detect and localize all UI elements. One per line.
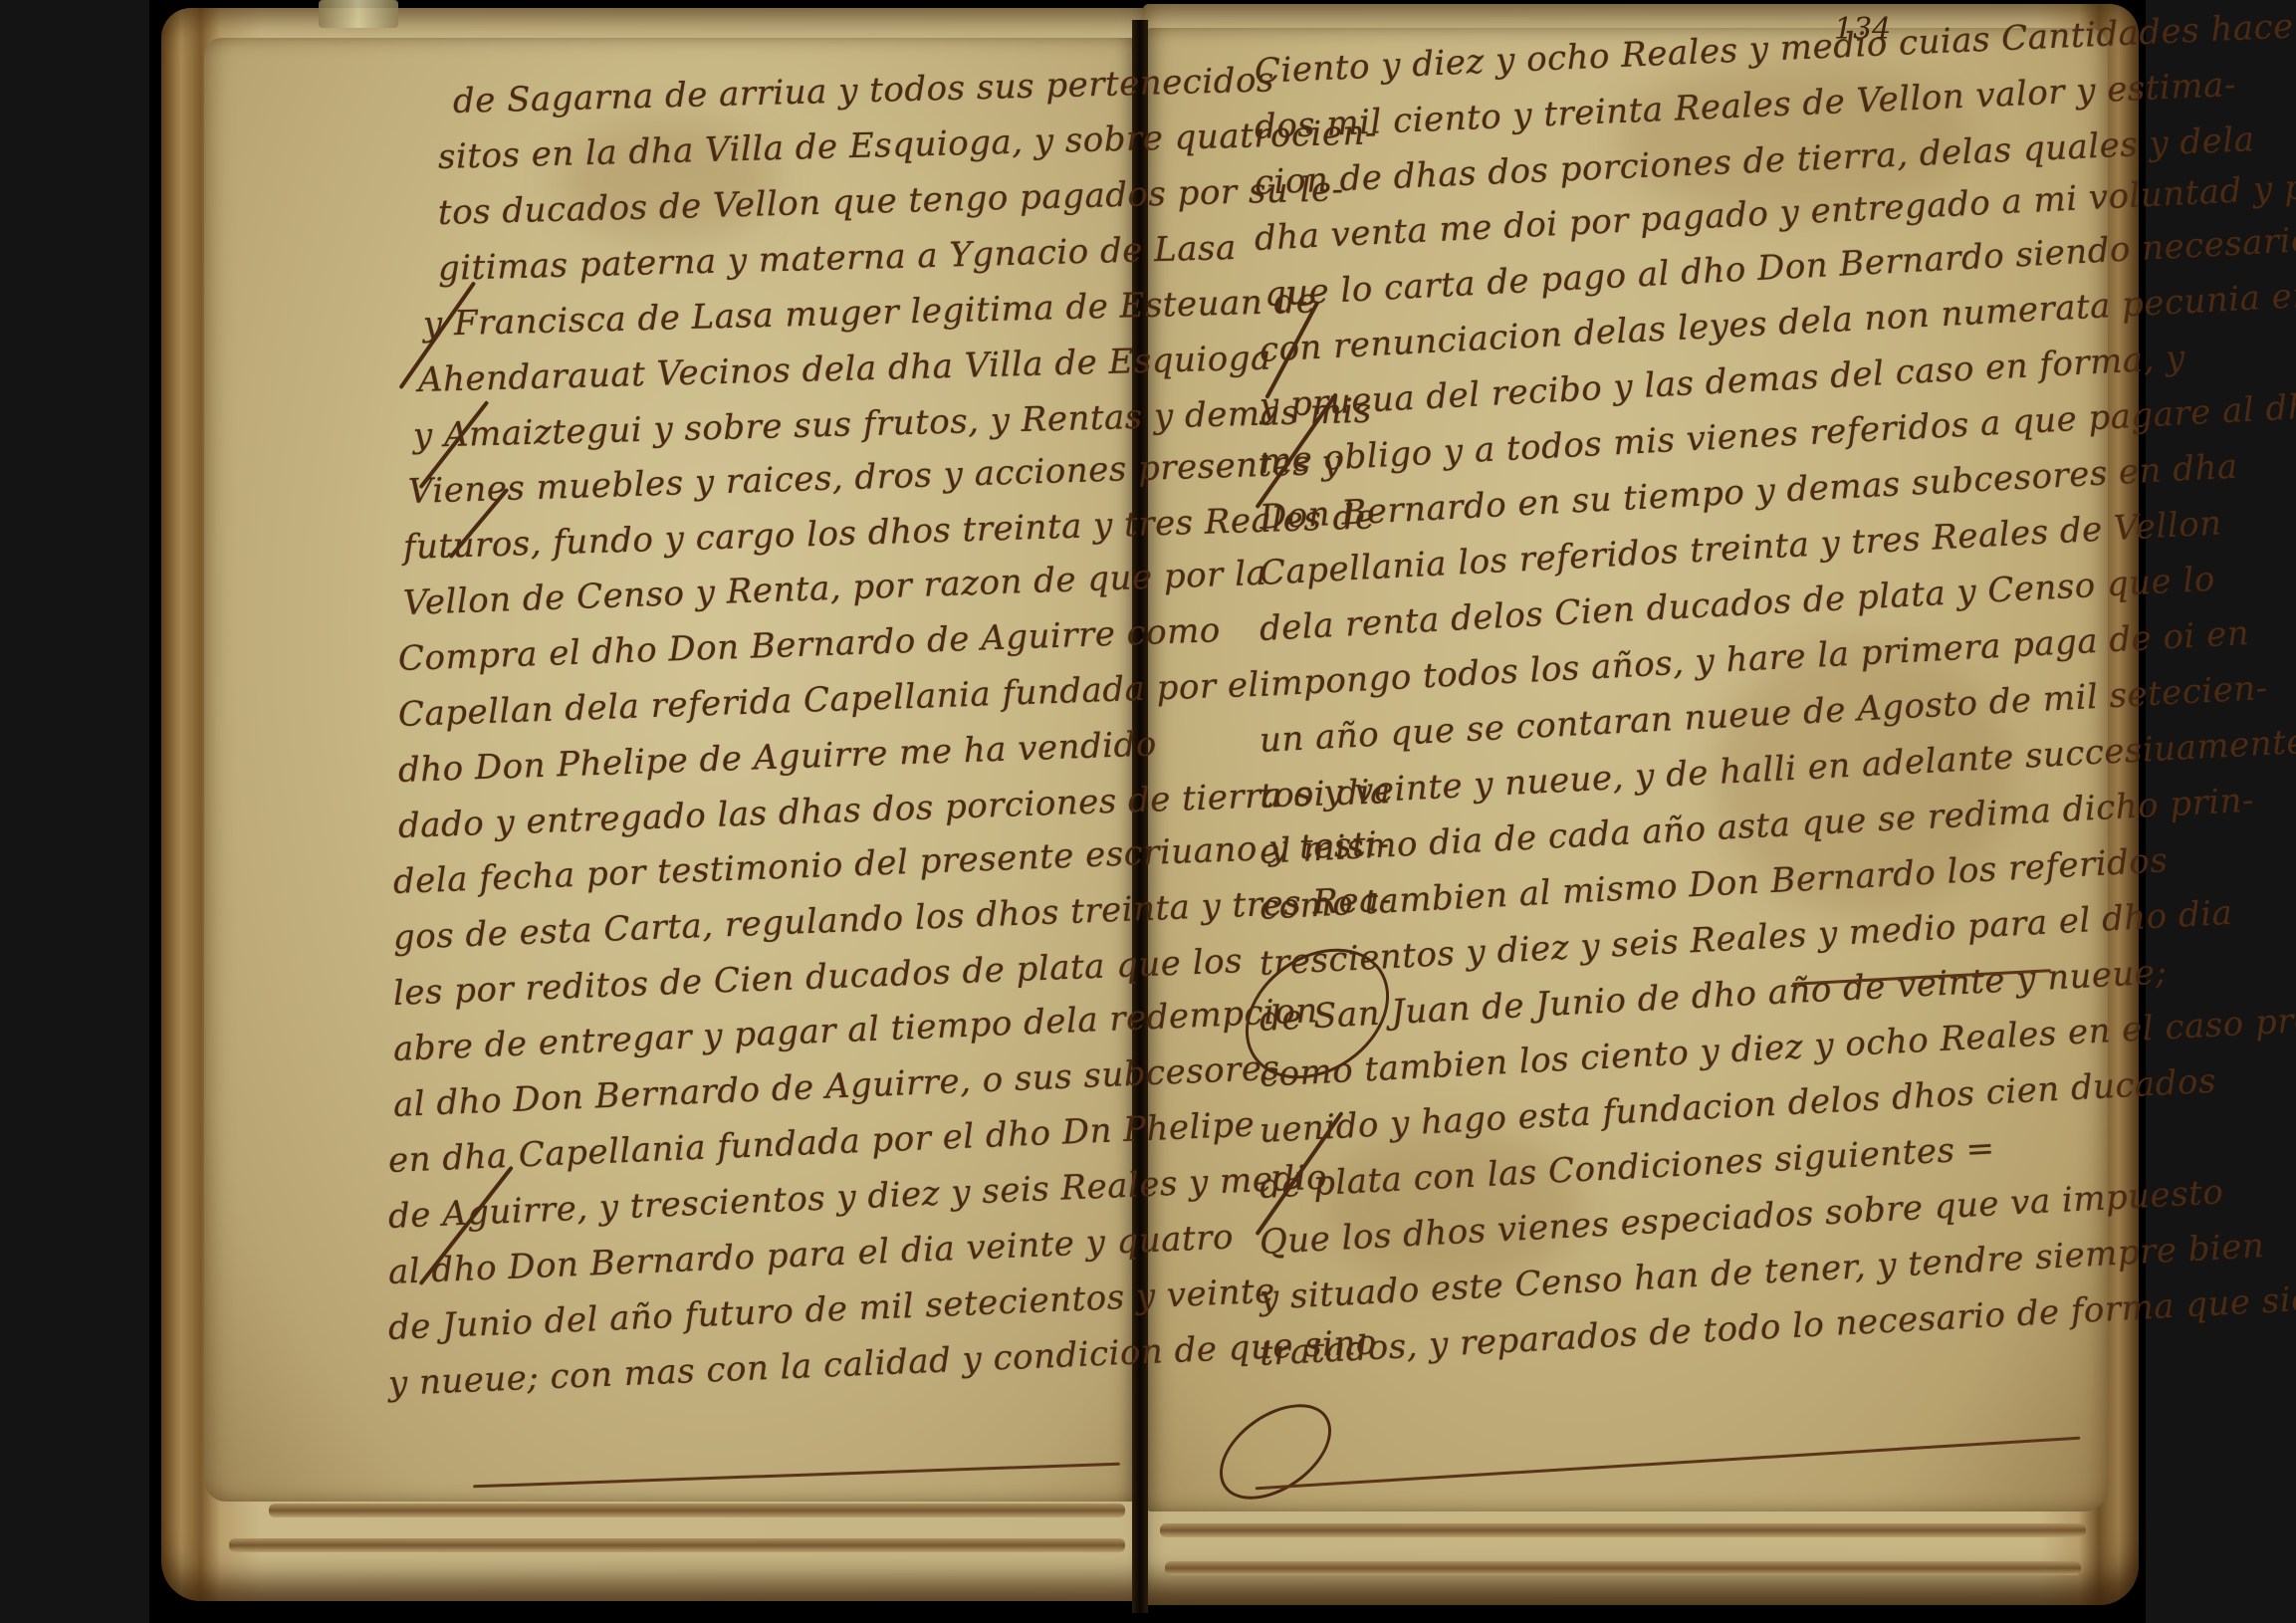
stain xyxy=(1324,1125,1583,1284)
page-edge-band xyxy=(269,1504,1125,1517)
page-edge-band xyxy=(1160,1523,2086,1537)
page-edge-band xyxy=(229,1538,1125,1552)
page-edge-band xyxy=(1165,1561,2081,1575)
binding-thread xyxy=(319,0,398,28)
